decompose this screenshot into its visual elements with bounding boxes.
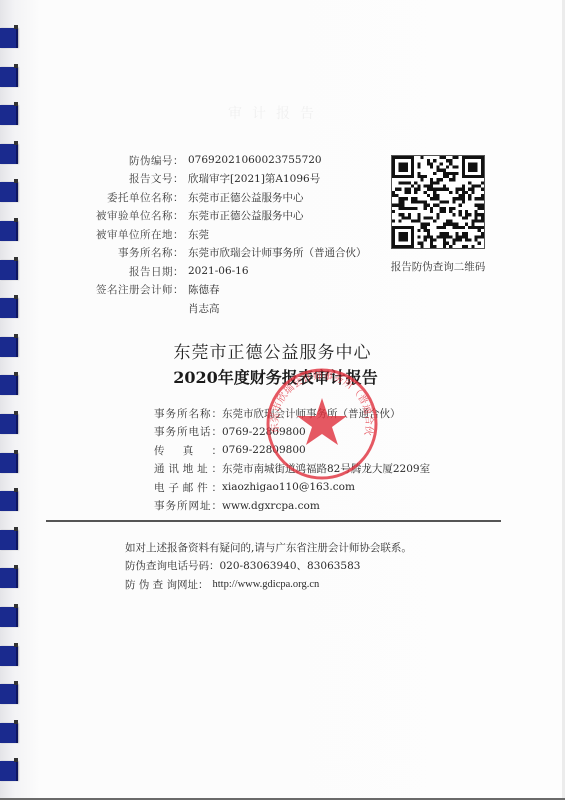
binding-ring [0, 28, 18, 48]
qr-code-icon[interactable] [391, 155, 485, 249]
info-label: 被审单位所在地： [60, 227, 184, 242]
info-value: 欣瑞审字[2021]第A1096号 [188, 171, 320, 186]
notice-url-label: 防 伪 查 询网址： [125, 577, 209, 592]
info-value: 东莞市正德公益服务中心 [188, 190, 304, 205]
info-label: 防伪编号： [60, 153, 184, 168]
binding-ring [0, 453, 18, 473]
official-seal-stamp: 东莞市欣瑞会计师事务所（普通合伙） [262, 364, 382, 484]
binding-ring [0, 761, 18, 781]
info-value: 2021-06-16 [188, 265, 249, 277]
info-label: 事务所名称： [60, 245, 184, 260]
binding-ring [0, 646, 18, 666]
notice-phone-value: 020-83063940、83063583 [220, 558, 361, 573]
binding-ring [0, 414, 18, 434]
info-value: 东莞市欣瑞会计师事务所（普通合伙） [188, 245, 367, 260]
binding-ring [0, 530, 18, 550]
verification-notice: 如对上述报备资料有疑问的,请与广东省注册会计师协会联系。 防伪查询电话号码： 0… [125, 538, 412, 594]
firm-label: 事务所名称： [154, 406, 222, 421]
star-icon [297, 398, 347, 445]
info-label: 报告文号： [60, 171, 184, 186]
info-row-signing-cpa-2: 肖志高 [60, 299, 367, 318]
binding-ring [0, 260, 18, 280]
info-label: 被审验单位名称： [60, 208, 184, 223]
info-row-entity-location: 被审单位所在地： 东莞 [60, 225, 367, 244]
notice-phone-label: 防伪查询电话号码： [125, 558, 220, 573]
info-value: 东莞 [188, 227, 209, 242]
firm-label: 电子邮件： [154, 480, 222, 495]
info-value: 肖志高 [188, 301, 220, 316]
firm-label: 通讯地址： [154, 461, 222, 476]
binding-ring [0, 684, 18, 704]
firm-label: 传真： [154, 443, 222, 458]
spiral-binding [0, 0, 20, 800]
binding-ring [0, 144, 18, 164]
notice-url-link[interactable]: http://www.gdicpa.org.cn [213, 579, 320, 590]
binding-ring [0, 182, 18, 202]
firm-label: 事务所电话： [154, 424, 222, 439]
title-entity: 东莞市正德公益服务中心 [0, 338, 565, 363]
binding-ring [0, 298, 18, 318]
binding-ring [0, 67, 18, 87]
info-label: 签名注册会计师： [60, 282, 184, 297]
binding-ring [0, 723, 18, 743]
info-row-report-date: 报告日期： 2021-06-16 [60, 262, 367, 281]
info-label: 委托单位名称： [60, 190, 184, 205]
firm-value: www.dgxrcpa.com [222, 500, 320, 512]
notice-url-row: 防 伪 查 询网址： http://www.gdicpa.org.cn [125, 575, 412, 594]
info-row-signing-cpa: 签名注册会计师： 陈德春 [60, 281, 367, 300]
binding-ring [0, 607, 18, 627]
info-row-audited-entity: 被审验单位名称： 东莞市正德公益服务中心 [60, 207, 367, 226]
info-row-client: 委托单位名称： 东莞市正德公益服务中心 [60, 188, 367, 207]
binding-ring [0, 105, 18, 125]
binding-ring [0, 491, 18, 511]
info-value: 东莞市正德公益服务中心 [188, 208, 304, 223]
info-value: 07692021060023755720 [188, 154, 322, 166]
info-row-firm-name: 事务所名称： 东莞市欣瑞会计师事务所（普通合伙） [60, 244, 367, 263]
info-label: 报告日期： [60, 264, 184, 279]
notice-line: 如对上述报备资料有疑问的,请与广东省注册会计师协会联系。 [125, 538, 412, 557]
firm-row-website: 事务所网址： www.dgxrcpa.com [154, 497, 430, 516]
info-value: 陈德春 [188, 282, 220, 297]
info-row-report-number: 报告文号： 欣瑞审字[2021]第A1096号 [60, 170, 367, 189]
qr-caption: 报告防伪查询二维码 [388, 259, 488, 274]
bleed-through-heading: 审计报告 [228, 103, 324, 123]
binding-ring [0, 221, 18, 241]
binding-ring [0, 568, 18, 588]
report-info-block: 防伪编号： 07692021060023755720 报告文号： 欣瑞审字[20… [60, 151, 367, 318]
firm-label: 事务所网址： [154, 498, 222, 513]
document-page: 审计报告 防伪编号： 07692021060023755720 报告文号： 欣瑞… [0, 0, 565, 800]
info-row-anti-fake-number: 防伪编号： 07692021060023755720 [60, 151, 367, 170]
divider-line [46, 520, 501, 522]
notice-phone-row: 防伪查询电话号码： 020-83063940、83063583 [125, 557, 412, 576]
qr-code-block: 报告防伪查询二维码 [388, 155, 488, 274]
